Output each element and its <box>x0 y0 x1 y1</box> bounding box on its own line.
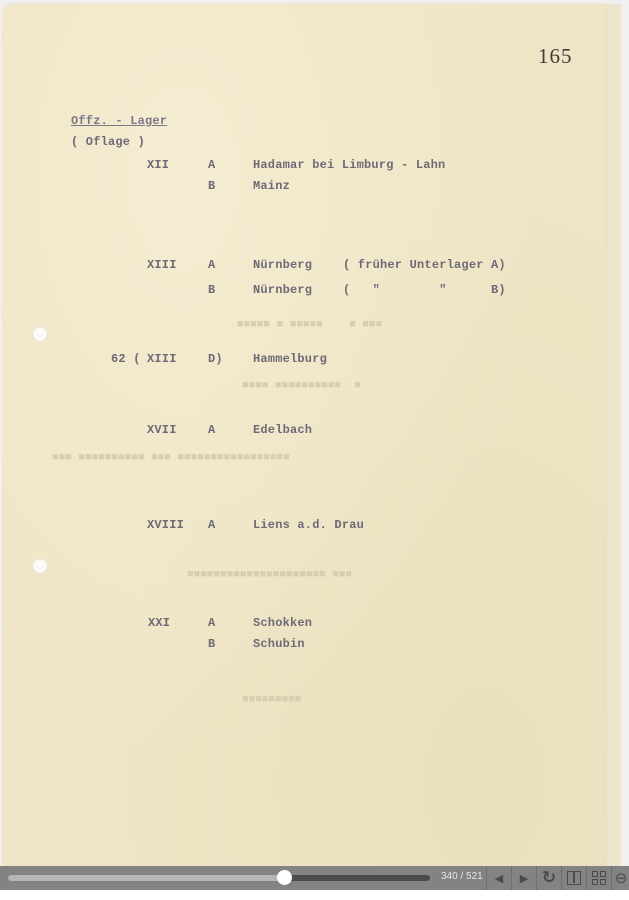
viewer-toolbar: 340 / 521 ◀ ▶ ↻ ⊖ <box>0 866 629 890</box>
camp-sub: A <box>208 616 215 630</box>
zoom-out-icon: ⊖ <box>615 869 628 887</box>
camp-place: Nürnberg <box>253 283 312 297</box>
two-page-view-button[interactable] <box>561 866 586 890</box>
triangle-left-icon: ◀ <box>495 872 503 885</box>
page-slider[interactable] <box>8 875 430 881</box>
camp-note: ( " " B) <box>343 283 506 297</box>
grid-icon <box>592 871 606 885</box>
section-heading: Offz. - Lager <box>71 114 167 128</box>
camp-number: XII <box>147 158 169 172</box>
camp-sub: A <box>208 518 215 532</box>
thumbnail-view-button[interactable] <box>586 866 611 890</box>
camp-place: Nürnberg <box>253 258 312 272</box>
bleed-through-text: ■■■■■■■■■ <box>242 694 301 706</box>
prev-page-button[interactable]: ◀ <box>486 866 511 890</box>
bottom-margin <box>0 890 629 900</box>
bleed-through-text: ■■■■■■■■■■■■■■■■■■■■■ ■■■ <box>187 569 352 581</box>
camp-sub: D) <box>208 352 223 366</box>
page-counter: 340 / 521 <box>441 871 483 882</box>
rotate-button[interactable]: ↻ <box>536 866 561 890</box>
camp-place: Edelbach <box>253 423 312 437</box>
camp-number: XVIII <box>147 518 184 532</box>
section-subheading: ( Oflage ) <box>71 135 145 149</box>
camp-place: Liens a.d. Drau <box>253 518 364 532</box>
document-page: ■■■■■ ■ ■■■■■ ■ ■■■ ■■■■ ■■■■■■■■■■ ■ ■■… <box>2 4 605 870</box>
camp-sub: A <box>208 258 215 272</box>
triangle-right-icon: ▶ <box>520 872 528 885</box>
camp-place: Schokken <box>253 616 312 630</box>
camp-note: ( früher Unterlager A) <box>343 258 506 272</box>
camp-prefix: 62 ( <box>111 352 141 366</box>
rotate-icon: ↻ <box>542 868 556 888</box>
camp-sub: B <box>208 179 215 193</box>
zoom-out-button[interactable]: ⊖ <box>611 866 629 890</box>
camp-place: Mainz <box>253 179 290 193</box>
camp-number: XXI <box>148 616 170 630</box>
bleed-through-text: ■■■ ■■■■■■■■■■ ■■■ ■■■■■■■■■■■■■■■■■ <box>52 452 290 464</box>
camp-sub: A <box>208 423 215 437</box>
camp-sub: B <box>208 637 215 651</box>
camp-number: XVII <box>147 423 177 437</box>
punch-hole-bottom <box>32 558 48 574</box>
camp-sub: B <box>208 283 215 297</box>
page-number: 165 <box>538 44 573 69</box>
next-page-button[interactable]: ▶ <box>511 866 536 890</box>
bleed-through-text: ■■■■ ■■■■■■■■■■ ■ <box>242 380 361 392</box>
camp-sub: A <box>208 158 215 172</box>
camp-place: Hadamar bei Limburg - Lahn <box>253 158 445 172</box>
punch-hole-top <box>32 326 48 342</box>
page-edge <box>605 4 621 870</box>
book-icon <box>567 871 581 885</box>
slider-thumb[interactable] <box>277 870 292 885</box>
camp-number: XIII <box>147 352 177 366</box>
bleed-through-text: ■■■■■ ■ ■■■■■ ■ ■■■ <box>237 319 382 331</box>
camp-place: Hammelburg <box>253 352 327 366</box>
camp-number: XIII <box>147 258 177 272</box>
slider-progress <box>8 875 285 881</box>
camp-place: Schubin <box>253 637 305 651</box>
